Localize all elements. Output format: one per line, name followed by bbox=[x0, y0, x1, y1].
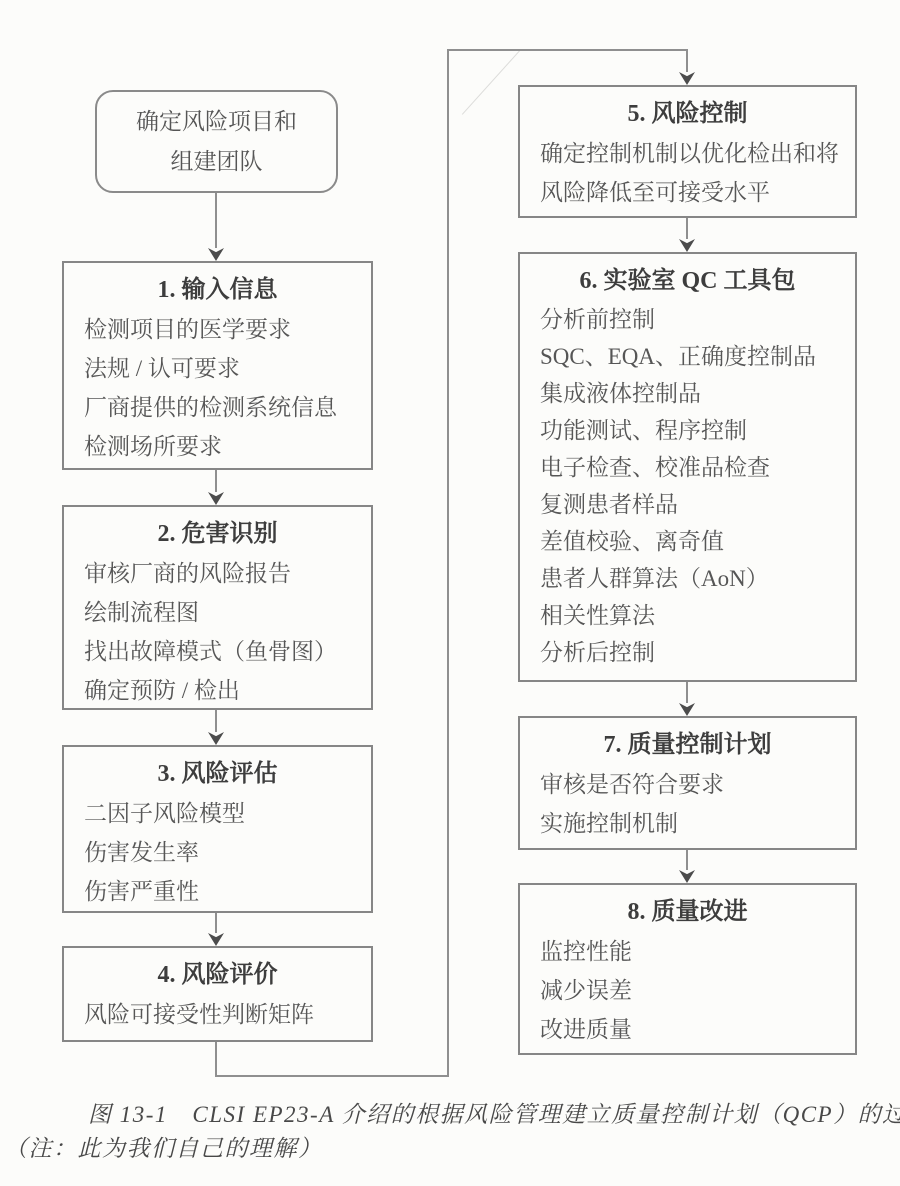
box-line: 法规 / 认可要求 bbox=[64, 349, 371, 388]
process-box-6-lab-qc-toolbox: 6. 实验室 QC 工具包 分析前控制 SQC、EQA、正确度控制品 集成液体控… bbox=[518, 252, 857, 682]
box-line: 改进质量 bbox=[520, 1010, 855, 1049]
arrowhead-down-icon bbox=[208, 492, 224, 505]
box-line: 功能测试、程序控制 bbox=[520, 412, 855, 449]
process-box-7-quality-control-plan: 7. 质量控制计划 审核是否符合要求 实施控制机制 bbox=[518, 716, 857, 850]
box-line: 确定控制机制以优化检出和将 bbox=[520, 134, 855, 173]
box-line: 检测场所要求 bbox=[64, 427, 371, 466]
box-line: 二因子风险模型 bbox=[64, 794, 371, 833]
arrowhead-down-icon bbox=[679, 239, 695, 252]
arrowhead-down-icon bbox=[679, 72, 695, 85]
process-box-3-risk-estimation: 3. 风险评估 二因子风险模型 伤害发生率 伤害严重性 bbox=[62, 745, 373, 913]
connector-box6-to-box7 bbox=[686, 682, 688, 703]
box-title: 7. 质量控制计划 bbox=[520, 726, 855, 765]
box-line: 分析前控制 bbox=[520, 301, 855, 338]
box-title: 3. 风险评估 bbox=[64, 755, 371, 794]
arrowhead-down-icon bbox=[208, 732, 224, 745]
scanned-book-page: 确定风险项目和 组建团队 1. 输入信息 检测项目的医学要求 法规 / 认可要求… bbox=[0, 0, 900, 1186]
arrowhead-down-icon bbox=[679, 703, 695, 716]
box-line: 复测患者样品 bbox=[520, 486, 855, 523]
connector-box4-down-segment bbox=[215, 1042, 217, 1077]
box-line: 伤害发生率 bbox=[64, 833, 371, 872]
connector-middle-vertical-segment bbox=[447, 49, 449, 1077]
box-line: 减少误差 bbox=[520, 971, 855, 1010]
box-line: 确定预防 / 检出 bbox=[64, 671, 371, 710]
process-box-1-input-information: 1. 输入信息 检测项目的医学要求 法规 / 认可要求 厂商提供的检测系统信息 … bbox=[62, 261, 373, 470]
process-box-5-risk-control: 5. 风险控制 确定控制机制以优化检出和将 风险降低至可接受水平 bbox=[518, 85, 857, 218]
box-line: 风险降低至可接受水平 bbox=[520, 173, 855, 212]
figure-caption-note: （注：此为我们自己的理解） bbox=[4, 1130, 323, 1163]
box-line: 审核厂商的风险报告 bbox=[64, 554, 371, 593]
box-line: 检测项目的医学要求 bbox=[64, 310, 371, 349]
connector-box5-to-box6 bbox=[686, 218, 688, 239]
connector-into-box5-segment bbox=[686, 49, 688, 72]
box-line: SQC、EQA、正确度控制品 bbox=[520, 338, 855, 375]
process-box-2-hazard-identification: 2. 危害识别 审核厂商的风险报告 绘制流程图 找出故障模式（鱼骨图） 确定预防… bbox=[62, 505, 373, 710]
connector-box3-to-box4 bbox=[215, 913, 217, 933]
process-box-4-risk-evaluation: 4. 风险评价 风险可接受性判断矩阵 bbox=[62, 946, 373, 1042]
start-node-line: 组建团队 bbox=[97, 142, 336, 182]
box-line: 绘制流程图 bbox=[64, 593, 371, 632]
box-line: 伤害严重性 bbox=[64, 872, 371, 911]
arrowhead-down-icon bbox=[679, 870, 695, 883]
start-node-line: 确定风险项目和 bbox=[97, 102, 336, 142]
box-title: 8. 质量改进 bbox=[520, 893, 855, 932]
arrowhead-down-icon bbox=[208, 933, 224, 946]
box-title: 5. 风险控制 bbox=[520, 95, 855, 134]
connector-top-horizontal-segment bbox=[447, 49, 688, 51]
scan-scratch-artifact bbox=[462, 50, 520, 115]
connector-box1-to-box2 bbox=[215, 470, 217, 492]
box-line: 相关性算法 bbox=[520, 597, 855, 634]
connector-box7-to-box8 bbox=[686, 850, 688, 870]
box-title: 1. 输入信息 bbox=[64, 271, 371, 310]
start-node: 确定风险项目和 组建团队 bbox=[95, 90, 338, 193]
connector-start-to-box1 bbox=[215, 193, 217, 248]
box-line: 集成液体控制品 bbox=[520, 375, 855, 412]
box-line: 差值校验、离奇值 bbox=[520, 523, 855, 560]
connector-box2-to-box3 bbox=[215, 710, 217, 732]
box-line: 监控性能 bbox=[520, 932, 855, 971]
box-line: 厂商提供的检测系统信息 bbox=[64, 388, 371, 427]
figure-caption: 图 13-1 CLSI EP23-A 介绍的根据风险管理建立质量控制计划（QCP… bbox=[88, 1096, 900, 1129]
box-title: 2. 危害识别 bbox=[64, 515, 371, 554]
box-line: 电子检查、校准品检查 bbox=[520, 449, 855, 486]
box-line: 分析后控制 bbox=[520, 634, 855, 671]
box-line: 找出故障模式（鱼骨图） bbox=[64, 632, 371, 671]
box-line: 审核是否符合要求 bbox=[520, 765, 855, 804]
box-line: 风险可接受性判断矩阵 bbox=[64, 995, 371, 1034]
box-line: 实施控制机制 bbox=[520, 804, 855, 843]
arrowhead-down-icon bbox=[208, 248, 224, 261]
box-title: 6. 实验室 QC 工具包 bbox=[520, 262, 855, 301]
process-box-8-quality-improvement: 8. 质量改进 监控性能 减少误差 改进质量 bbox=[518, 883, 857, 1055]
connector-bottom-horizontal-segment bbox=[215, 1075, 449, 1077]
box-title: 4. 风险评价 bbox=[64, 956, 371, 995]
box-line: 患者人群算法（AoN） bbox=[520, 560, 855, 597]
